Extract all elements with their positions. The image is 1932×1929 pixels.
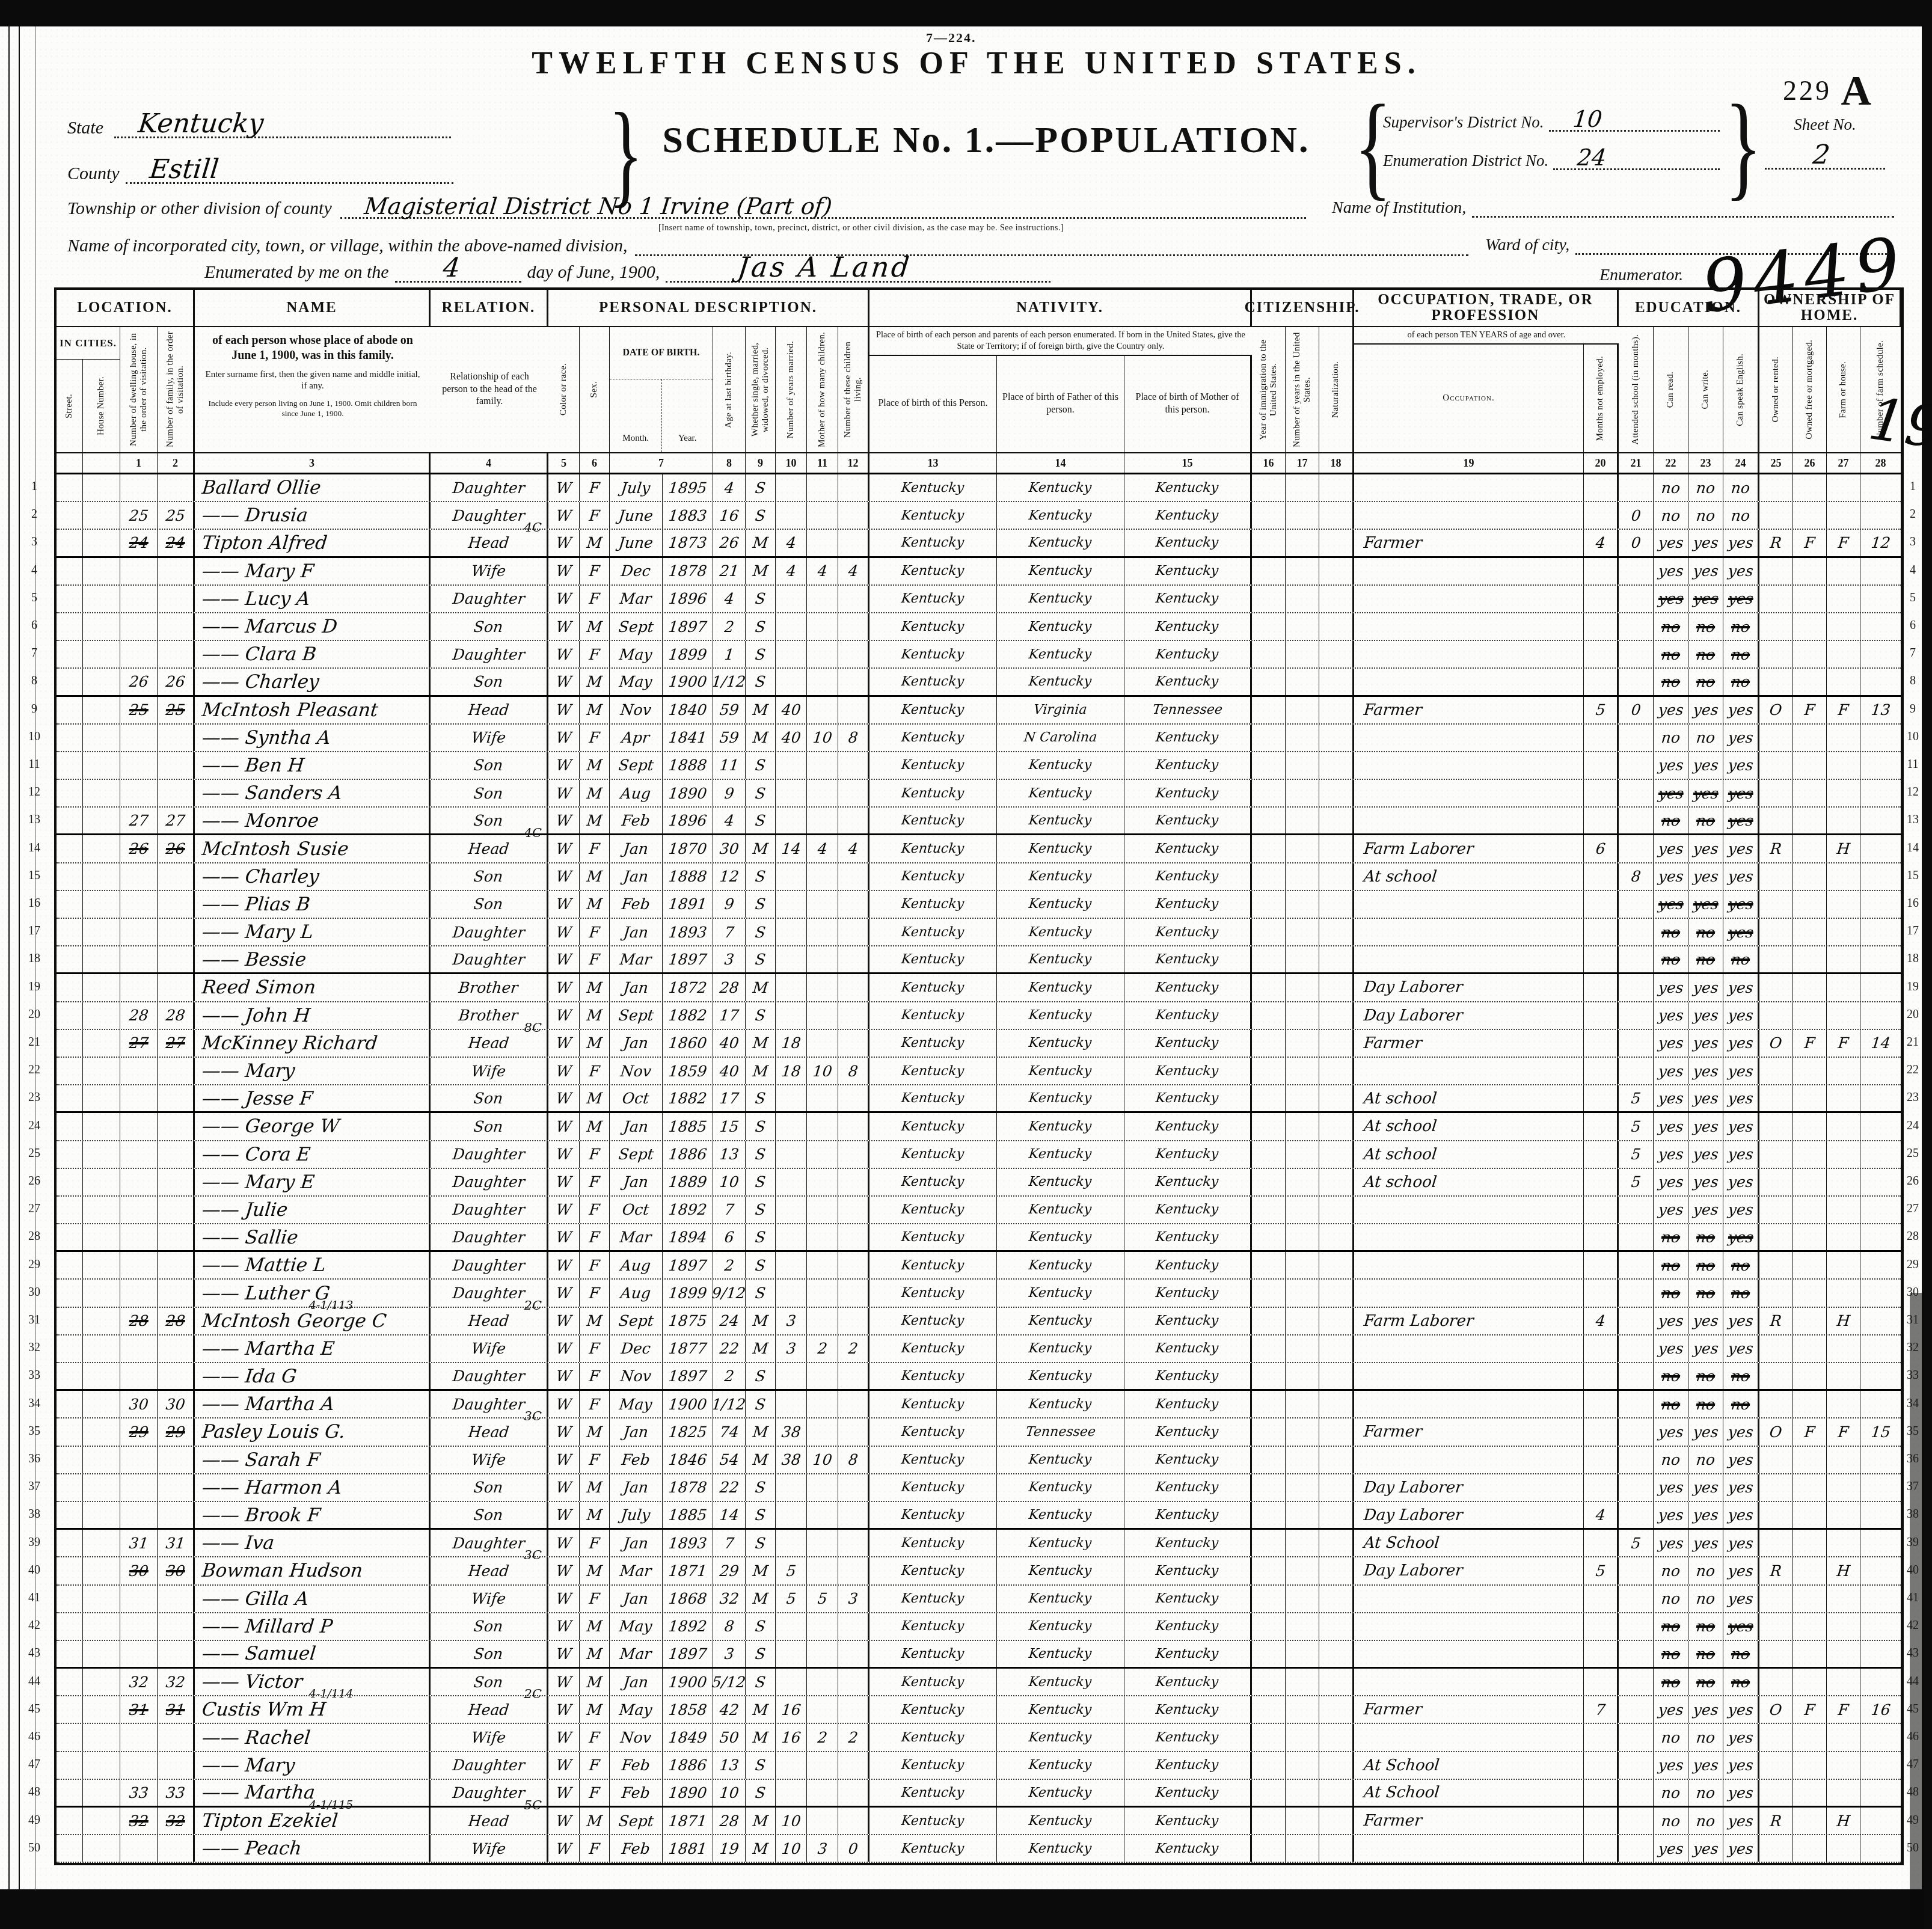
cell-rel: Brother	[431, 974, 548, 1001]
cell-cl	[838, 1002, 869, 1029]
entry-mbp: Kentucky	[1155, 1814, 1219, 1829]
entry-en: yes	[1727, 1451, 1754, 1468]
cell-c: W	[548, 863, 580, 890]
entry-rd: yes	[1657, 1173, 1684, 1191]
entry-rel: Daughter	[452, 1784, 526, 1802]
cell-fam	[158, 1586, 195, 1612]
cell-ms: M	[746, 1724, 776, 1750]
cell-by: 1899	[663, 1280, 713, 1306]
cell-ym	[776, 808, 807, 833]
cell-by: 1897	[663, 946, 713, 972]
cell-age: 2	[713, 1252, 746, 1278]
cell-c: W	[548, 1224, 580, 1250]
cell-rd: yes	[1654, 1418, 1688, 1445]
entry-s: F	[588, 1284, 600, 1302]
cell-fr	[1793, 613, 1827, 640]
cell-by: 1893	[663, 1530, 713, 1556]
cell-occ	[1354, 1835, 1584, 1862]
entry-age: 40	[719, 1063, 740, 1080]
cell-name: —— Charley	[195, 863, 431, 890]
cell-fa	[1827, 919, 1860, 945]
line-number-left: 7	[22, 646, 47, 660]
cell-age: 13	[713, 1752, 746, 1779]
entry-bm: Jan	[622, 1535, 649, 1552]
entry-by: 1871	[667, 1812, 708, 1830]
column-number: 1	[120, 453, 158, 473]
cell-by: 1892	[663, 1197, 713, 1223]
column-number: 26	[1793, 453, 1827, 473]
entry-rd: no	[1660, 1451, 1681, 1468]
enumeration-value: 24	[1576, 144, 1608, 171]
entry-name: —— Charley	[201, 866, 320, 888]
cell-rel: Son	[431, 1474, 548, 1501]
line-number-left: 10	[22, 730, 47, 744]
cell-by: 1878	[663, 1474, 713, 1501]
column-number: 20	[1584, 453, 1619, 473]
cell-dw: 30	[120, 1391, 158, 1417]
cell-ms: M	[746, 1336, 776, 1362]
entry-bm: Feb	[621, 1451, 651, 1468]
cell-dw	[120, 752, 158, 779]
entry-bm: June	[618, 534, 654, 551]
cell-fa	[1827, 1058, 1860, 1084]
entry-rel: Wife	[470, 1063, 506, 1080]
cell-wr: yes	[1688, 558, 1723, 584]
entry-sch: 0	[1630, 701, 1642, 719]
cell-en: yes	[1723, 863, 1759, 890]
cell-age: 54	[713, 1447, 746, 1473]
cell-name: —— Iva	[195, 1530, 431, 1556]
cell-bm: Mar	[610, 946, 663, 972]
cell-by: 1892	[663, 1613, 713, 1640]
cell-en: no	[1723, 1363, 1759, 1389]
cell-street	[57, 697, 83, 723]
entry-mbp: Kentucky	[1155, 619, 1219, 634]
cell-c: W	[548, 1252, 580, 1278]
cell-mbp: Kentucky	[1124, 474, 1252, 501]
entry-rd: yes	[1657, 868, 1684, 885]
cell-sch	[1619, 1224, 1654, 1250]
cell-mne	[1584, 752, 1619, 779]
entry-en: no	[1730, 1284, 1750, 1302]
entry-rel: Daughter	[452, 507, 526, 524]
entry-wr: yes	[1692, 1007, 1719, 1024]
cell-ym	[776, 669, 807, 695]
entry-rd: yes	[1657, 1034, 1684, 1052]
line-number-right: 24	[1900, 1119, 1925, 1133]
cell-rd: no	[1654, 808, 1688, 833]
cell-street	[57, 474, 83, 501]
line-number-right: 32	[1900, 1341, 1925, 1355]
cell-name: —— Jesse F	[195, 1085, 431, 1111]
entry-name: —— Mattie L	[201, 1254, 327, 1276]
entry-name: —— Julie	[201, 1199, 289, 1221]
entry-c: W	[555, 1201, 572, 1218]
enumerator-label: Enumerator.	[1599, 266, 1683, 285]
entry-rd: no	[1660, 1228, 1681, 1246]
cell-own	[1759, 780, 1793, 806]
entry-mbp: Kentucky	[1155, 1091, 1219, 1106]
cell-mne	[1584, 1669, 1619, 1695]
cell-yus	[1286, 1696, 1319, 1723]
cell-c: W	[548, 1308, 580, 1334]
entry-bp: Kentucky	[901, 1397, 965, 1412]
entry-bp: Kentucky	[901, 925, 965, 940]
column-number: 23	[1688, 453, 1723, 473]
cell-mbp: Kentucky	[1124, 1308, 1252, 1334]
entry-name: —— Bessie	[201, 949, 307, 971]
cell-mbp: Kentucky	[1124, 1447, 1252, 1473]
cell-ms: M	[746, 1586, 776, 1612]
cell-sched: 13	[1860, 697, 1901, 723]
cell-imm	[1252, 808, 1286, 833]
cell-wr: no	[1688, 1557, 1723, 1584]
cell-bp: Kentucky	[869, 1308, 997, 1334]
table-row: —— JulieDaughterWFOct18927SKentuckyKentu…	[57, 1197, 1901, 1224]
entry-age: 9	[723, 895, 735, 913]
cell-yus	[1286, 1586, 1319, 1612]
cell-house	[83, 1030, 120, 1057]
cell-rd: no	[1654, 1780, 1688, 1806]
cell-s: M	[580, 1557, 610, 1584]
entry-cl: 2	[847, 1729, 859, 1746]
line-number-right: 44	[1900, 1675, 1925, 1688]
cell-wr: yes	[1688, 835, 1723, 862]
entry-sch: 5	[1630, 1090, 1642, 1107]
entry-fbp: Kentucky	[1028, 1507, 1093, 1523]
entry-wr: no	[1695, 1645, 1716, 1663]
entry-by: 1890	[667, 785, 708, 802]
entry-bm: May	[619, 646, 654, 663]
cell-mc	[807, 1530, 838, 1556]
cell-age: 15	[713, 1113, 746, 1139]
cell-fa	[1827, 1141, 1860, 1168]
cell-nat	[1319, 1696, 1354, 1723]
entry-age: 26	[719, 534, 740, 551]
cell-street	[57, 1502, 83, 1528]
cell-age: 29	[713, 1557, 746, 1584]
cell-by: 1895	[663, 474, 713, 501]
entry-bp: Kentucky	[901, 869, 965, 884]
entry-bp: Kentucky	[901, 1313, 965, 1328]
entry-ms: M	[752, 1312, 769, 1329]
cell-s: M	[580, 863, 610, 890]
cell-ym: 3	[776, 1308, 807, 1334]
entry-dw: 33	[128, 1784, 149, 1802]
cell-wr: yes	[1688, 780, 1723, 806]
cell-street	[57, 502, 83, 529]
entry-rd: yes	[1657, 701, 1684, 719]
cell-imm	[1252, 1696, 1286, 1723]
cell-own	[1759, 946, 1793, 972]
cell-wr: yes	[1688, 1474, 1723, 1501]
entry-ms: M	[752, 1840, 769, 1857]
cell-rel: Daughter	[431, 474, 548, 501]
cell-sch: 5	[1619, 1085, 1654, 1111]
line-number-left: 35	[22, 1425, 47, 1438]
entry-age: 16	[719, 507, 740, 524]
cell-wr: no	[1688, 1724, 1723, 1750]
cell-mc	[807, 1696, 838, 1723]
line-number-right: 35	[1900, 1425, 1925, 1438]
cell-sch	[1619, 752, 1654, 779]
entry-occ: Farmer	[1363, 1812, 1423, 1830]
cell-rd: yes	[1654, 558, 1688, 584]
cell-sched	[1860, 1613, 1901, 1640]
cell-s: M	[580, 1808, 610, 1834]
entry-mbp: Kentucky	[1155, 1452, 1219, 1467]
cell-ms: S	[746, 474, 776, 501]
cell-fa	[1827, 1002, 1860, 1029]
cell-bp: Kentucky	[869, 1613, 997, 1640]
entry-fbp: Kentucky	[1028, 1591, 1093, 1606]
entry-en: yes	[1727, 1812, 1754, 1830]
cell-sched	[1860, 1724, 1901, 1750]
cell-fbp: Kentucky	[997, 1752, 1124, 1779]
entry-fbp: Kentucky	[1028, 869, 1093, 884]
cell-c: W	[548, 586, 580, 612]
cell-imm	[1252, 1724, 1286, 1750]
entry-fbp: Kentucky	[1028, 1035, 1093, 1050]
cell-bp: Kentucky	[869, 780, 997, 806]
entry-en: yes	[1727, 1034, 1754, 1052]
cell-mbp: Kentucky	[1124, 1336, 1252, 1362]
cell-dw	[120, 974, 158, 1001]
line-number-left: 33	[22, 1369, 47, 1382]
table-row: 3030Bowman Hudson3CHeadWMMar187129M5Kent…	[57, 1557, 1901, 1585]
cell-mbp: Kentucky	[1124, 613, 1252, 640]
cell-yus	[1286, 1557, 1319, 1584]
supervisor-label: Supervisor's District No.	[1383, 113, 1544, 132]
entry-bm: July	[621, 1506, 651, 1524]
cell-occ: At School	[1354, 1530, 1584, 1556]
cell-mne: 6	[1584, 835, 1619, 862]
census-table: LOCATION.NAMERELATION.PERSONAL DESCRIPTI…	[54, 287, 1904, 1865]
cell-cl	[838, 669, 869, 695]
entry-by: 1889	[667, 1173, 708, 1191]
entry-wr: yes	[1692, 785, 1719, 802]
cell-street	[57, 586, 83, 612]
cell-fbp: Kentucky	[997, 502, 1124, 529]
cell-cl	[838, 530, 869, 556]
cell-occ	[1354, 1724, 1584, 1750]
cell-rd: yes	[1654, 1474, 1688, 1501]
cell-age: 59	[713, 725, 746, 751]
cell-wr: yes	[1688, 1418, 1723, 1445]
table-row: —— Syntha AWifeWFApr184159M40108Kentucky…	[57, 725, 1901, 752]
cell-c: W	[548, 1696, 580, 1723]
cell-bp: Kentucky	[869, 1808, 997, 1834]
cell-fbp: Kentucky	[997, 1780, 1124, 1806]
cell-street	[57, 1724, 83, 1750]
entry-rel: Daughter	[452, 1396, 526, 1413]
cell-own: R	[1759, 1808, 1793, 1834]
cell-mbp: Kentucky	[1124, 1280, 1252, 1306]
cell-bp: Kentucky	[869, 697, 997, 723]
entry-rel: Head	[467, 1034, 510, 1052]
entry-ms: S	[754, 1396, 766, 1413]
col-name-description: of each person whose place of abode on J…	[195, 327, 431, 452]
entry-age: 42	[719, 1701, 740, 1719]
entry-en: no	[1730, 1673, 1750, 1691]
entry-mne: 4	[1595, 1312, 1606, 1329]
cell-ym	[776, 1530, 807, 1556]
col-farm-or-house: Farm or house.	[1827, 327, 1860, 452]
cell-own: R	[1759, 530, 1793, 556]
cell-cl: 4	[838, 558, 869, 584]
cell-bp: Kentucky	[869, 502, 997, 529]
cell-c: W	[548, 641, 580, 667]
institution-fill-line	[1472, 216, 1894, 218]
entry-ms: S	[754, 1506, 766, 1524]
cell-mc	[807, 1169, 838, 1195]
cell-fam	[158, 974, 195, 1001]
cell-occ: Day Laborer	[1354, 1474, 1584, 1501]
cell-fa	[1827, 946, 1860, 972]
entry-c: W	[555, 1007, 572, 1024]
cell-s: F	[580, 474, 610, 501]
entry-s: M	[586, 1645, 603, 1663]
entry-en: yes	[1727, 562, 1754, 580]
household-annotation: 2C	[524, 1298, 542, 1313]
cell-yus	[1286, 1085, 1319, 1111]
table-row: —— George WSonWMJan188515SKentuckyKentuc…	[57, 1113, 1901, 1141]
cell-rel: Son	[431, 1502, 548, 1528]
cell-own	[1759, 613, 1793, 640]
cell-own	[1759, 1586, 1793, 1612]
entry-bm: Jan	[622, 868, 649, 885]
line-number-left: 24	[22, 1119, 47, 1133]
cell-rel: Daughter	[431, 946, 548, 972]
cell-yus	[1286, 1280, 1319, 1306]
line-number-left: 9	[22, 702, 47, 716]
cell-cl	[838, 919, 869, 945]
cell-ms: S	[746, 613, 776, 640]
cell-ym: 3	[776, 1336, 807, 1362]
cell-yus	[1286, 1336, 1319, 1362]
entry-age: 10	[719, 1173, 740, 1191]
entry-fam: 27	[165, 1034, 186, 1052]
entry-rel: Daughter	[452, 1535, 526, 1552]
cell-occ	[1354, 1280, 1584, 1306]
entry-own: O	[1769, 1034, 1783, 1052]
cell-sched: 15	[1860, 1418, 1901, 1445]
col-attended-school: Attended school (in months).	[1619, 327, 1654, 452]
entry-fr: F	[1803, 701, 1815, 719]
cell-cl	[838, 946, 869, 972]
entry-age: 22	[719, 1340, 740, 1357]
cell-name: 4-1/113McIntosh George C	[195, 1308, 431, 1334]
line-number-right: 33	[1900, 1369, 1925, 1382]
cell-bp: Kentucky	[869, 1752, 997, 1779]
cell-en: yes	[1723, 530, 1759, 556]
entry-rel: Son	[473, 1506, 504, 1524]
entry-rel: Son	[473, 1618, 504, 1635]
col-owned-rented: Owned or rented.	[1759, 327, 1793, 452]
cell-age: 59	[713, 697, 746, 723]
cell-bp: Kentucky	[869, 1391, 997, 1417]
cell-sched	[1860, 1224, 1901, 1250]
line-number-right: 10	[1900, 730, 1925, 744]
entry-name: —— Ben H	[201, 755, 305, 776]
cell-age: 13	[713, 1141, 746, 1168]
household-annotation: 3C	[524, 1409, 542, 1423]
cell-wr: yes	[1688, 1085, 1723, 1111]
cell-s: F	[580, 835, 610, 862]
state-fill-line: Kentucky	[114, 136, 451, 138]
cell-ms: S	[746, 669, 776, 695]
entry-by: 1896	[667, 590, 708, 607]
cell-yus	[1286, 697, 1319, 723]
line-number-right: 11	[1900, 758, 1925, 771]
cell-rel: Daughter	[431, 1363, 548, 1389]
cell-s: F	[580, 1197, 610, 1223]
cell-fa	[1827, 1502, 1860, 1528]
entry-mbp: Kentucky	[1155, 1480, 1219, 1495]
entry-s: M	[586, 1423, 603, 1441]
cell-own	[1759, 641, 1793, 667]
cell-imm	[1252, 1113, 1286, 1139]
cell-s: M	[580, 1474, 610, 1501]
entry-mne: 5	[1595, 701, 1606, 719]
cell-mc: 2	[807, 1724, 838, 1750]
cell-imm	[1252, 1363, 1286, 1389]
cell-s: F	[580, 586, 610, 612]
entry-name: —— Mary L	[201, 921, 314, 943]
cell-wr: no	[1688, 1447, 1723, 1473]
col-birth-year: Year.	[662, 379, 713, 452]
cell-sch	[1619, 1336, 1654, 1362]
cell-ym: 4	[776, 558, 807, 584]
cell-en: yes	[1723, 586, 1759, 612]
cell-mc	[807, 1308, 838, 1334]
col-children-living: Number of these children living.	[838, 327, 869, 452]
entry-fam: 29	[165, 1423, 186, 1441]
entry-rel: Daughter	[452, 1173, 526, 1191]
cell-rd: yes	[1654, 974, 1688, 1001]
column-number: 11	[807, 453, 838, 473]
entry-c: W	[555, 646, 572, 663]
entry-fam: 31	[165, 1535, 186, 1552]
cell-mc	[807, 974, 838, 1001]
table-row: 2525—— DrusiaDaughterWFJune188316SKentuc…	[57, 502, 1901, 530]
cell-fa: H	[1827, 835, 1860, 862]
line-number-right: 17	[1900, 924, 1925, 938]
cell-bp: Kentucky	[869, 1030, 997, 1057]
entry-rd: no	[1660, 1257, 1681, 1274]
entry-ym: 18	[780, 1063, 802, 1080]
cell-sched	[1860, 1586, 1901, 1612]
column-number-row: 1234567891011121314151617181920212223242…	[57, 453, 1901, 474]
cell-s: F	[580, 1058, 610, 1084]
entry-c: W	[555, 1396, 572, 1413]
cell-en: yes	[1723, 1141, 1759, 1168]
cell-rd: yes	[1654, 697, 1688, 723]
entry-mc: 10	[812, 729, 833, 746]
entry-en: yes	[1727, 1312, 1754, 1329]
cell-name: —— Gilla A	[195, 1586, 431, 1612]
entry-ms: M	[752, 1034, 769, 1052]
cell-street	[57, 752, 83, 779]
entry-c: W	[555, 673, 572, 690]
cell-fr: F	[1793, 530, 1827, 556]
entry-fbp: Kentucky	[1028, 952, 1093, 967]
cell-fam	[158, 1252, 195, 1278]
cell-occ	[1354, 1586, 1584, 1612]
entry-s: M	[586, 1506, 603, 1524]
col-immigration-year: Year of immigration to the United States…	[1252, 327, 1286, 452]
cell-ym	[776, 946, 807, 972]
